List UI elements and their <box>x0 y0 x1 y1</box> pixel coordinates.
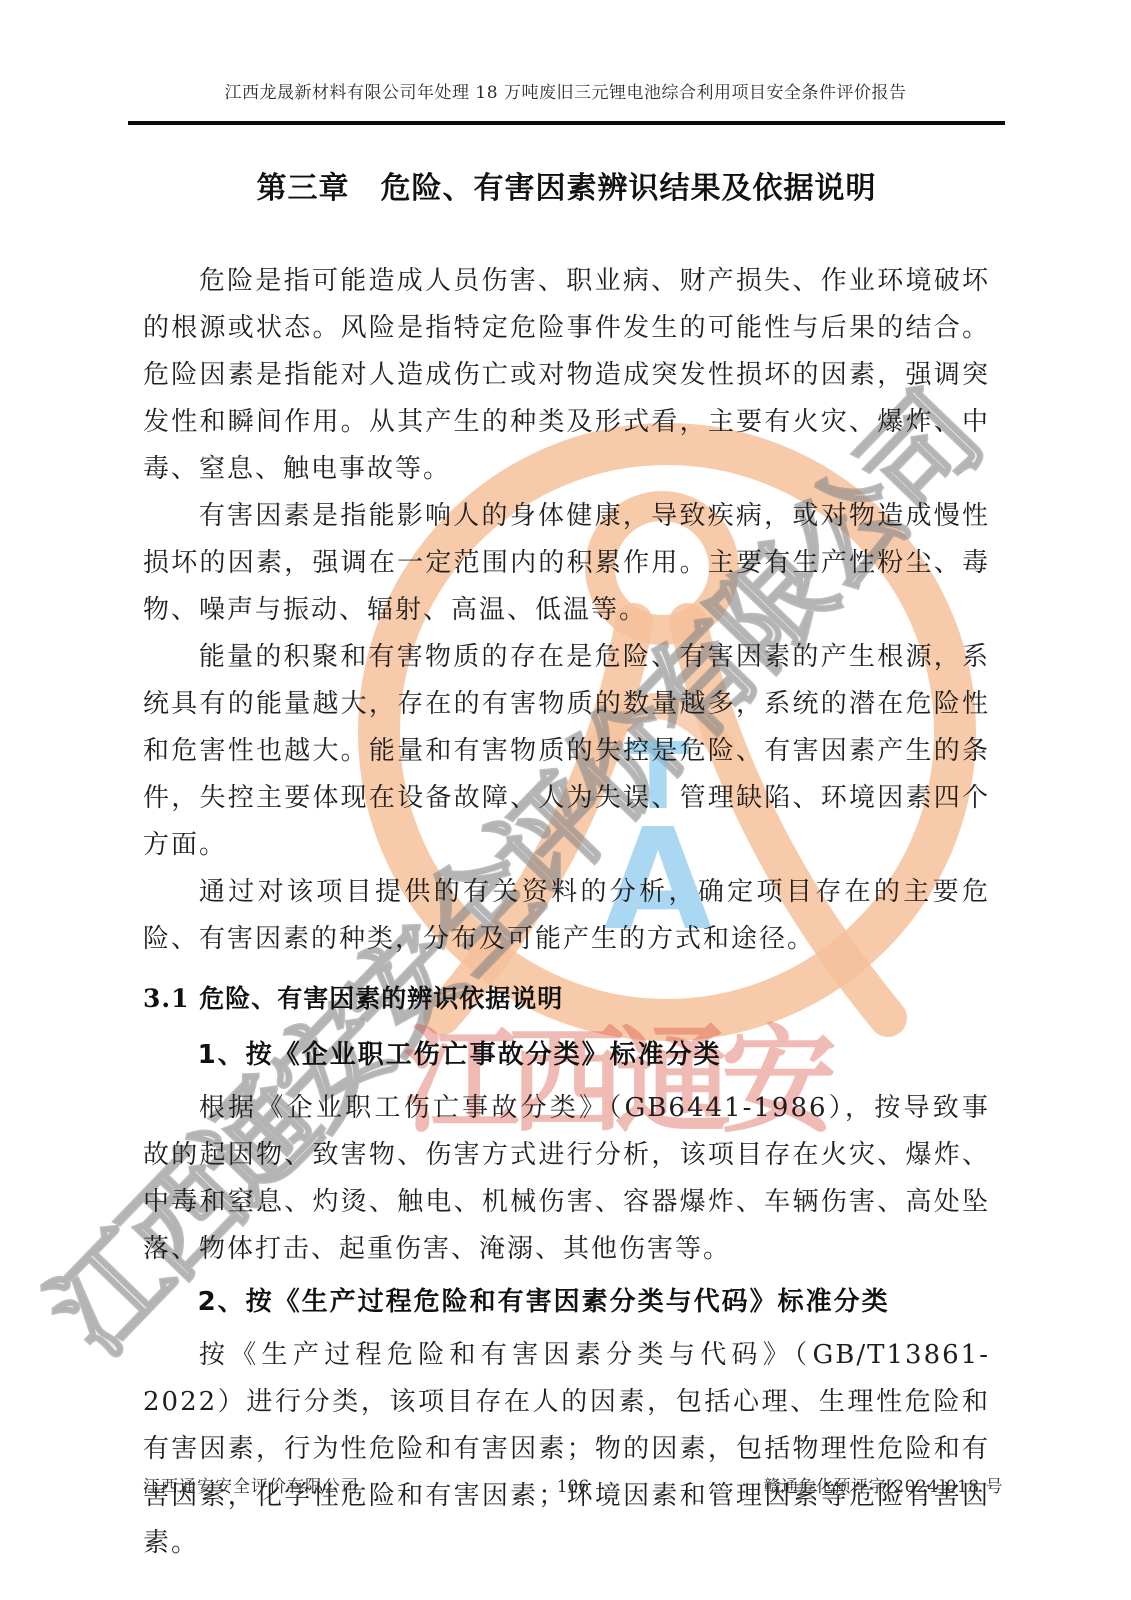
paragraph-3: 能量的积聚和有害物质的存在是危险、有害因素的产生根源，系统具有的能量越大，存在的… <box>143 634 990 869</box>
header-report-title: 江西龙晟新材料有限公司年处理 18 万吨废旧三元锂电池综合利用项目安全条件评价报… <box>225 83 907 103</box>
section-3-1-heading: 3.1 危险、有害因素的辨识依据说明 <box>143 979 990 1019</box>
sub-heading-1: 1、按《企业职工伤亡事故分类》标准分类 <box>143 1031 990 1080</box>
document-body: 第三章 危险、有害因素辨识结果及依据说明 危险是指可能造成人员伤害、职业病、财产… <box>143 155 990 1567</box>
paragraph-2: 有害因素是指能影响人的身体健康，导致疾病，或对物造成慢性损坏的因素，强调在一定范… <box>143 493 990 634</box>
footer-doc-number: 赣通危化预评字[2024]018 号 <box>589 1472 1003 1497</box>
chapter-title: 第三章 危险、有害因素辨识结果及依据说明 <box>143 155 990 211</box>
footer-page-number: 106 <box>557 1477 589 1497</box>
paragraph-1: 危险是指可能造成人员伤害、职业病、财产损失、作业环境破坏的根源或状态。风险是指特… <box>143 258 990 493</box>
paragraph-6: 按《生产过程危险和有害因素分类与代码》（GB/T13861-2022）进行分类，… <box>143 1332 990 1567</box>
paragraph-4: 通过对该项目提供的有关资料的分析，确定项目存在的主要危险、有害因素的种类，分布及… <box>143 869 990 963</box>
paragraph-5: 根据《企业职工伤亡事故分类》（GB6441-1986），按导致事故的起因物、致害… <box>143 1085 990 1273</box>
footer-company-name: 江西通安安全评价有限公司 <box>143 1472 557 1497</box>
document-page: 江西通安安全评价有限公司 T A 江西通安 江西龙晟新材料有限公司年处理 18 … <box>0 0 1131 1600</box>
sub-heading-2: 2、按《生产过程危险和有害因素分类与代码》标准分类 <box>143 1278 990 1327</box>
page-footer: 江西通安安全评价有限公司 106 赣通危化预评字[2024]018 号 <box>143 1472 1003 1497</box>
page-header: 江西龙晟新材料有限公司年处理 18 万吨废旧三元锂电池综合利用项目安全条件评价报… <box>0 78 1131 103</box>
header-rule <box>128 121 1005 125</box>
